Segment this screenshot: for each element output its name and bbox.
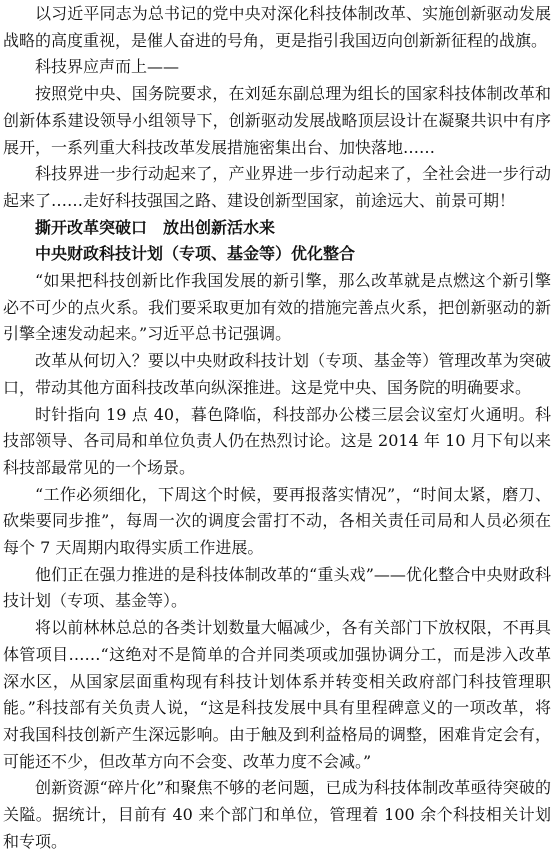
paragraph: 科技界进一步行动起来了，产业界进一步行动起来了，全社会进一步行动起来了……走好科… (3, 161, 551, 214)
section-heading: 撕开改革突破口 放出创新活水来 (3, 215, 551, 242)
paragraph: “工作必须细化，下周这个时候，要再报落实情况”，“时间太紧，磨刀、砍柴要同步推”… (3, 482, 551, 562)
document-page: 以习近平同志为总书记的党中央对深化科技体制改革、实施创新驱动发展战略的高度重视，… (0, 0, 554, 855)
paragraph: 以习近平同志为总书记的党中央对深化科技体制改革、实施创新驱动发展战略的高度重视，… (3, 1, 551, 54)
paragraph: 科技界应声而上—— (3, 54, 551, 81)
paragraph: “如果把科技创新比作我国发展的新引擎，那么改革就是点燃这个新引擎必不可少的点火系… (3, 268, 551, 348)
paragraph: 时针指向 19 点 40，暮色降临，科技部办公楼三层会议室灯火通明。科技部领导、… (3, 402, 551, 482)
paragraph: 他们正在强力推进的是科技体制改革的“重头戏”——优化整合中央财政科技计划（专项、… (3, 562, 551, 615)
section-subheading: 中央财政科技计划（专项、基金等）优化整合 (3, 241, 551, 268)
paragraph: 改革从何切入？要以中央财政科技计划（专项、基金等）管理改革为突破口，带动其他方面… (3, 348, 551, 401)
paragraph: 创新资源“碎片化”和聚焦不够的老问题，已成为科技体制改革亟待突破的关隘。据统计，… (3, 775, 551, 855)
paragraph: 将以前林林总总的各类计划数量大幅减少，各有关部门下放权限，不再具体管项目……“这… (3, 615, 551, 775)
paragraph: 按照党中央、国务院要求，在刘延东副总理为组长的国家科技体制改革和创新体系建设领导… (3, 81, 551, 161)
